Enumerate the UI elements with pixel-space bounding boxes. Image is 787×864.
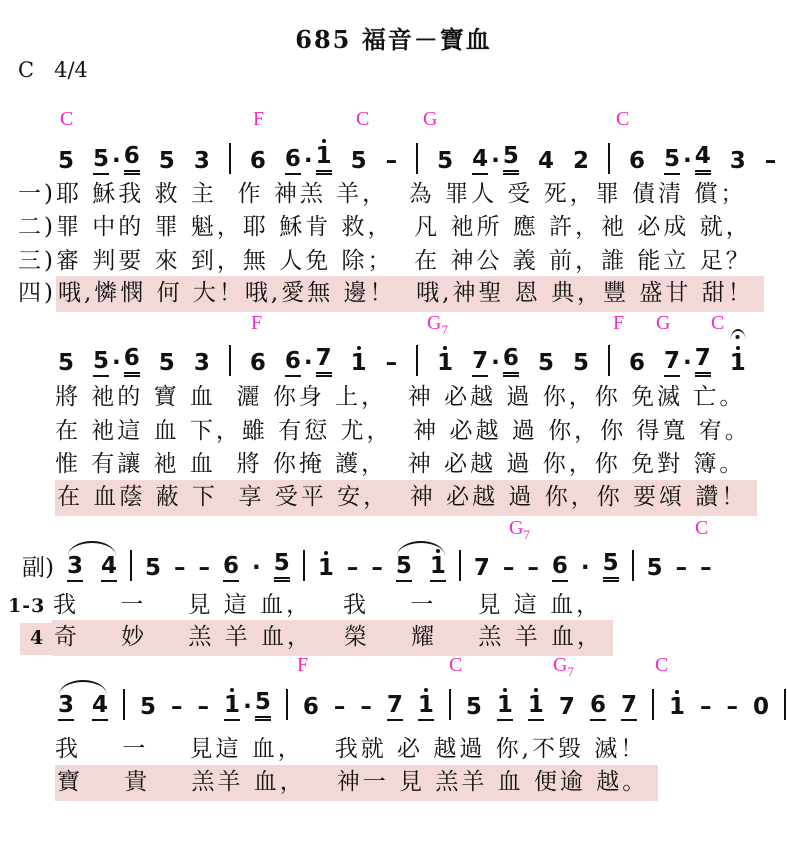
note-5: 5	[603, 543, 619, 582]
dash: –	[726, 687, 738, 721]
octave-dot	[230, 688, 234, 692]
slur-group: 34	[58, 685, 108, 721]
note-7: 7	[316, 338, 332, 377]
note-3: 3	[58, 685, 74, 721]
note-5: 5	[159, 343, 175, 377]
chord-row-1: CFCGC	[0, 108, 787, 132]
notation-line-4: 345––1·56––715117671––0	[58, 682, 787, 721]
note-6: 6	[552, 546, 568, 582]
chord-c: C	[655, 654, 668, 677]
barline	[449, 689, 451, 720]
lyric-text-highlighted: 哦,憐憫 何 大！哦,愛無 邊！ 哦,神聖 恩 典，豐 盛甘 甜！	[56, 276, 764, 312]
dash: –	[199, 548, 211, 582]
lyric-text-highlighted: 寶 貴 羔羊 血， 神一 見 羔羊 血 便逾 越。	[55, 765, 658, 801]
note-1: 1	[437, 343, 453, 377]
note-6: 6	[285, 139, 301, 175]
note-5: 5	[664, 139, 680, 175]
barline	[416, 143, 418, 174]
chord-c: C	[711, 312, 724, 335]
note-6: 6	[124, 338, 140, 377]
chord-row-3: G7C	[0, 517, 787, 541]
note-3: 3	[194, 141, 210, 175]
rhythm-dot: ·	[491, 141, 500, 175]
octave-dot	[736, 346, 740, 350]
lyric-text-highlighted: 奇 妙 羔 羊 血， 榮 耀 羔 羊 血，	[52, 620, 613, 656]
note-6: 6	[503, 338, 519, 377]
note-5: 5	[647, 548, 663, 582]
dash: –	[527, 548, 539, 582]
lyric-text: 審 判要 來 到，無 人免 除； 在 神公 義 前，誰 能立 足？	[56, 248, 752, 274]
rhythm-dot: ·	[112, 141, 121, 175]
note-7: 7	[695, 338, 711, 377]
note-6: 6	[303, 687, 319, 721]
chord-c: C	[449, 654, 462, 677]
octave-dot	[534, 688, 538, 692]
verse-1-line-b: 將 祂的 寶 血 灑 你身 上， 神 必越 過 你，你 免滅 亡。	[55, 384, 745, 412]
note-5: 5	[93, 139, 109, 175]
chord-row-2: FG7FGC	[0, 312, 787, 336]
lyric-text: 罪 中的 罪 魁，耶 穌肯 救， 凡 祂所 應 許，祂 必成 就，	[56, 214, 752, 240]
lyric-text: 我 一 見這 血， 我就 必 越過 你,不毀 滅！	[55, 736, 646, 762]
note-1: 1	[669, 687, 685, 721]
note-3: 3	[730, 141, 746, 175]
verse-number: 二)	[18, 214, 56, 240]
stanza-number-label: 4	[20, 623, 52, 655]
chord-f: F	[613, 312, 624, 335]
note-3: 3	[194, 343, 210, 377]
note-1: 1	[224, 685, 240, 721]
chorus-end-line-4: 寶 貴 羔羊 血， 神一 見 羔羊 血 便逾 越。	[55, 769, 658, 797]
barline	[286, 689, 288, 720]
rhythm-dot: ·	[304, 343, 313, 377]
note-1: 1	[351, 343, 367, 377]
octave-dot	[503, 688, 507, 692]
chord-g7: G7	[553, 654, 574, 677]
note-4: 4	[695, 136, 711, 175]
note-4: 4	[92, 685, 108, 721]
note-5: 5	[58, 141, 74, 175]
rhythm-dot: ·	[112, 343, 121, 377]
chord-g7: G7	[509, 517, 530, 540]
hymn-sheet: 685 福音－寶血 C 4/4 CFCGC 55·65366·15–54·542…	[0, 0, 787, 864]
lyric-text: 耶 穌我 救 主 作 神羔 羊， 為 罪人 受 死，罪 債清 償；	[56, 181, 746, 207]
chord-row-4: FCG7C	[0, 654, 787, 678]
dash: –	[503, 548, 515, 582]
chorus-line-1-3: 1-3 我 一 見 這 血， 我 一 見 這 血，	[8, 592, 602, 620]
barline	[229, 143, 231, 174]
key-signature: C 4/4	[18, 58, 88, 82]
lyric-text: 惟 有讓 祂 血 將 你掩 護， 神 必越 過 你，你 免對 簿。	[55, 451, 745, 477]
note-4: 4	[101, 546, 117, 582]
dash: –	[198, 687, 210, 721]
note-5: 5	[503, 136, 519, 175]
note-1: 1	[730, 343, 746, 377]
chord-f: F	[251, 312, 262, 335]
dash: –	[171, 687, 183, 721]
chorus-end-line: 我 一 見這 血， 我就 必 越過 你,不毀 滅！	[55, 736, 646, 764]
lyric-text-highlighted: 在 血蔭 蔽 下 享 受平 安， 神 必越 過 你，你 要頌 讚！	[55, 480, 757, 516]
verse-4-line: 四)哦,憐憫 何 大！哦,愛無 邊！ 哦,神聖 恩 典，豐 盛甘 甜！	[18, 280, 764, 308]
verse-number: 一)	[18, 181, 56, 207]
chord-g: G	[423, 108, 437, 131]
note-5: 5	[466, 687, 482, 721]
rhythm-dot: ·	[243, 687, 252, 721]
barline	[632, 550, 634, 581]
rhythm-dot: ·	[304, 141, 313, 175]
note-6: 6	[629, 343, 645, 377]
note-7: 7	[664, 341, 680, 377]
note-0: 0	[753, 687, 769, 721]
verse-2-line-b: 在 祂這 血 下，雖 有愆 尤， 神 必越 過 你，你 得寬 宥。	[55, 418, 751, 446]
note-1: 1	[418, 685, 434, 721]
chord-c: C	[616, 108, 629, 131]
note-7: 7	[387, 685, 403, 721]
dash: –	[700, 548, 712, 582]
note-1: 1	[316, 136, 332, 175]
octave-dot	[324, 551, 328, 555]
rhythm-dot: ·	[683, 343, 692, 377]
verse-3-line-b: 惟 有讓 祂 血 將 你掩 護， 神 必越 過 你，你 免對 簿。	[55, 451, 745, 479]
slur-group: 34	[67, 546, 117, 582]
rhythm-dot: ·	[683, 141, 692, 175]
octave-dot	[357, 346, 361, 350]
note-6: 6	[124, 136, 140, 175]
note-5: 5	[255, 682, 271, 721]
dash: –	[174, 548, 186, 582]
note-7: 7	[621, 685, 637, 721]
dash: –	[386, 343, 398, 377]
note-1: 1	[318, 548, 334, 582]
verse-1-line: 一)耶 穌我 救 主 作 神羔 羊， 為 罪人 受 死，罪 債清 償；	[18, 181, 746, 209]
chord-c: C	[695, 517, 708, 540]
note-2: 2	[573, 141, 589, 175]
slur-group: 51	[396, 546, 446, 582]
note-5: 5	[538, 343, 554, 377]
lyric-text: 我 一 見 這 血， 我 一 見 這 血，	[53, 592, 602, 618]
chord-c: C	[60, 108, 73, 131]
notation-line-3: 副)345––6·51––517––6·55––	[22, 543, 725, 582]
stanza-range-label: 1-3	[8, 595, 53, 617]
rhythm-dot: ·	[491, 343, 500, 377]
octave-dot	[675, 690, 679, 694]
note-7: 7	[474, 548, 490, 582]
note-1: 1	[497, 685, 513, 721]
note-6: 6	[250, 343, 266, 377]
chord-f: F	[253, 108, 264, 131]
note-5: 5	[58, 343, 74, 377]
dash: –	[700, 687, 712, 721]
verse-number: 四)	[18, 280, 56, 306]
verse-number: 三)	[18, 248, 56, 274]
note-5: 5	[274, 543, 290, 582]
barline	[229, 345, 231, 376]
octave-dot	[436, 549, 440, 553]
note-4: 4	[472, 139, 488, 175]
note-7: 7	[559, 687, 575, 721]
note-5: 5	[93, 341, 109, 377]
note-7: 7	[472, 341, 488, 377]
note-5: 5	[159, 141, 175, 175]
notation-line-2: 55·65366·71–17·65567·71	[58, 338, 765, 377]
lyric-text: 在 祂這 血 下，雖 有愆 尤， 神 必越 過 你，你 得寬 宥。	[55, 418, 751, 444]
note-5: 5	[396, 546, 412, 582]
dash: –	[334, 687, 346, 721]
verse-4-line-b: 在 血蔭 蔽 下 享 受平 安， 神 必越 過 你，你 要頌 讚！	[55, 484, 757, 512]
hymn-title: 685 福音－寶血	[0, 20, 787, 55]
barline	[303, 550, 305, 581]
barline	[416, 345, 418, 376]
note-4: 4	[538, 141, 554, 175]
note-6: 6	[250, 141, 266, 175]
note-5: 5	[351, 141, 367, 175]
barline	[608, 143, 610, 174]
notation-line-1: 55·65366·15–54·54265·43–	[58, 136, 787, 175]
note-6: 6	[629, 141, 645, 175]
chorus-line-4: 4 奇 妙 羔 羊 血， 榮 耀 羔 羊 血，	[20, 624, 613, 652]
note-1: 1	[430, 546, 446, 582]
chord-f: F	[297, 654, 308, 677]
note-5: 5	[140, 687, 156, 721]
barline	[130, 550, 132, 581]
note-1: 1	[528, 685, 544, 721]
barline	[652, 689, 654, 720]
note-6: 6	[590, 685, 606, 721]
rhythm-dot: ·	[252, 548, 261, 582]
chord-g: G	[656, 312, 670, 335]
dash: –	[347, 548, 359, 582]
barline	[608, 345, 610, 376]
chorus-label: 副)	[22, 548, 54, 582]
dash: –	[765, 141, 777, 175]
chord-g7: G7	[427, 312, 448, 335]
note-5: 5	[437, 141, 453, 175]
dash: –	[360, 687, 372, 721]
barline	[459, 550, 461, 581]
octave-dot	[443, 346, 447, 350]
barline	[123, 689, 125, 720]
note-6: 6	[285, 341, 301, 377]
note-5: 5	[145, 548, 161, 582]
octave-dot	[424, 688, 428, 692]
note-5: 5	[573, 343, 589, 377]
lyric-text: 將 祂的 寶 血 灑 你身 上， 神 必越 過 你，你 免滅 亡。	[55, 384, 745, 410]
chord-c: C	[356, 108, 369, 131]
verse-3-line: 三)審 判要 來 到，無 人免 除； 在 神公 義 前，誰 能立 足？	[18, 248, 752, 276]
dash: –	[386, 141, 398, 175]
note-6: 6	[223, 546, 239, 582]
verse-2-line: 二)罪 中的 罪 魁，耶 穌肯 救， 凡 祂所 應 許，祂 必成 就，	[18, 214, 752, 242]
octave-dot	[322, 139, 326, 143]
note-3: 3	[67, 546, 83, 582]
rhythm-dot: ·	[581, 548, 590, 582]
dash: –	[371, 548, 383, 582]
dash: –	[676, 548, 688, 582]
